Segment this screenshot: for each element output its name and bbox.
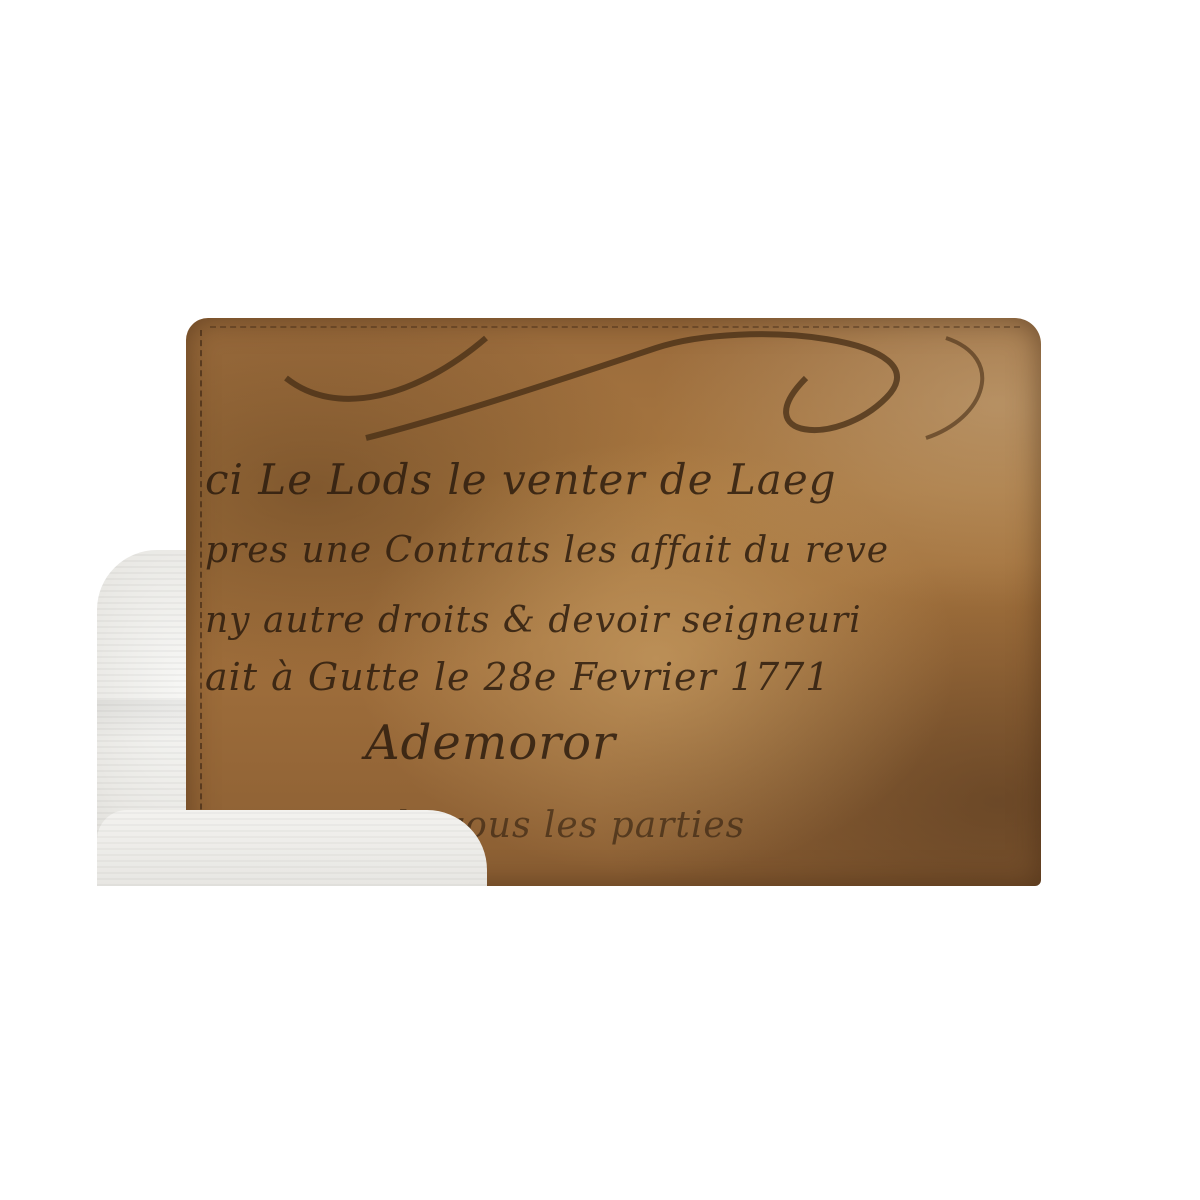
engraving-line-2: pres une Contrats les affait du reve	[205, 530, 889, 571]
engraving-line-4: ait à Gutte le 28e Fevrier 1771	[205, 655, 830, 699]
engraving-signature: Ademoror	[365, 715, 616, 771]
engraving-line-3: ny autre droits & devoir seigneuri	[205, 600, 862, 641]
product-photo: ci Le Lods le venter de Laeg pres une Co…	[0, 0, 1200, 1200]
engraving-line-1: ci Le Lods le venter de Laeg	[205, 455, 837, 504]
glove-thumb	[97, 810, 487, 886]
